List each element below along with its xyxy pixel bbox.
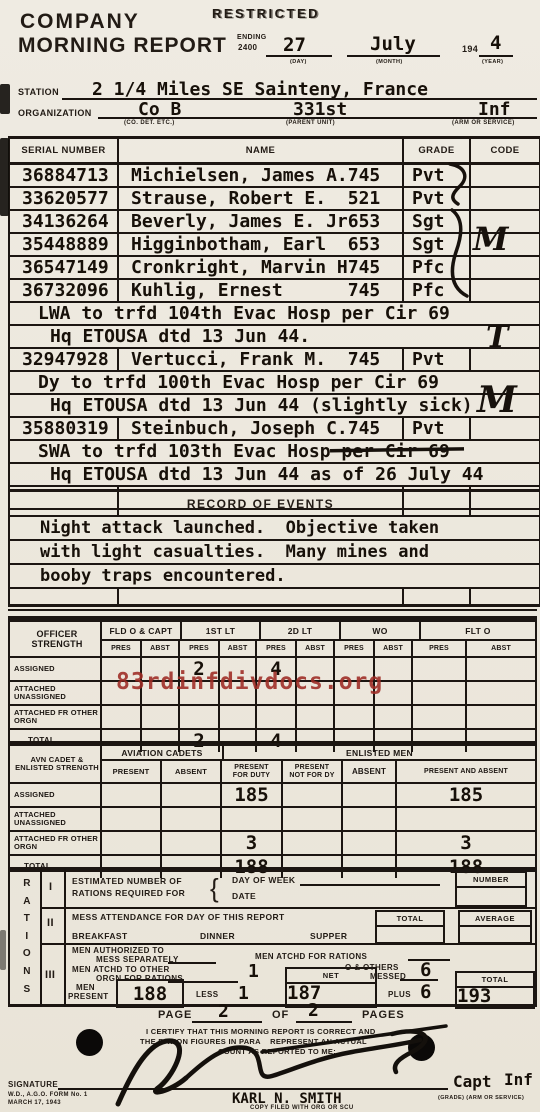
- sub-col: PRESENT FOR DUTY: [220, 761, 281, 782]
- pages-label: PAGES: [362, 1009, 405, 1021]
- men-present-value: 188: [133, 983, 167, 1005]
- day-of-week-label: DAY OF WEEK: [232, 875, 295, 885]
- grade: Pfc: [404, 280, 445, 301]
- soldier-name: Strause, Robert E. 521: [119, 188, 380, 209]
- sub-col: PRESENT: [100, 761, 160, 782]
- soldier-name: Michielsen, James A.745: [119, 165, 380, 186]
- dinner-label: DINNER: [200, 931, 235, 941]
- average-box-label: AVERAGE: [460, 912, 530, 927]
- rations-numeral-2: II: [47, 917, 54, 929]
- copy-note: COPY FILED WITH ORG OR SCU: [250, 1105, 354, 1111]
- roster-note-row: Hq ETOUSA dtd 13 Jun 44 (slightly sick): [10, 395, 539, 418]
- sub-col: ABSENT: [341, 761, 395, 782]
- col-group: 2D LT: [259, 622, 339, 639]
- sub-col: ABSENT: [160, 761, 220, 782]
- others-messed-value: 6: [420, 959, 431, 981]
- men-atchd-rations-label: MEN ATCHD FOR RATIONS: [255, 952, 367, 961]
- col-group: FLT O: [419, 622, 535, 639]
- day-sub-label: (DAY): [290, 59, 307, 65]
- punch-hole-left: [76, 1029, 103, 1056]
- event-line: booby traps encountered.: [10, 565, 539, 589]
- rations-estimated-label: RATIONS REQUIRED FOR: [72, 888, 185, 898]
- page-label: PAGE: [158, 1009, 192, 1021]
- roster-note-row: Hq ETOUSA dtd 13 Jun 44 as of 26 July 44: [10, 464, 539, 487]
- serial-number: 32947928: [10, 349, 109, 370]
- soldier-name: Vertucci, Frank M. 745: [119, 349, 380, 370]
- plus-label: PLUS: [388, 990, 411, 999]
- grade: Pvt: [404, 349, 445, 370]
- roster-row: 33620577 Strause, Robert E. 521 Pvt: [10, 188, 539, 211]
- soldier-name: Kuhlig, Ernest 745: [119, 280, 380, 301]
- grade: Sgt: [404, 234, 445, 255]
- roster-note-row: Hq ETOUSA dtd 13 Jun 44.: [10, 326, 539, 349]
- report-year-value: 4: [490, 32, 501, 54]
- roster-row: 35880319 Steinbuch, Joseph C.745 Pvt: [10, 418, 539, 441]
- event-line: with light casualties. Many mines and: [10, 541, 539, 565]
- organization-underline: [98, 117, 537, 119]
- enlisted-row-attached-other: ATTACHED FR OTHER ORGN 3 3: [10, 830, 535, 854]
- form-number: W.D., A.G.O. FORM No. 1: [8, 1092, 88, 1098]
- year-sub-label: (YEAR): [482, 59, 503, 65]
- grade: Pvt: [404, 188, 445, 209]
- roster-table: SERIAL NUMBER NAME GRADE CODE 36884713 M…: [8, 136, 540, 510]
- breakfast-label: BREAKFAST: [72, 931, 128, 941]
- certify-text: COUNT AS REPORTED TO ME:: [218, 1047, 336, 1056]
- record-of-events-section: RECORD OF EVENTS Night attack launched. …: [8, 489, 540, 607]
- enlisted-strength-table: AVN CADET & ENLISTED STRENGTH AVIATION C…: [8, 743, 537, 869]
- arm-value: Inf: [504, 1070, 533, 1089]
- morning-report-document: RESTRICTED COMPANY MORNING REPORT ENDING…: [0, 0, 540, 1112]
- enlisted-strength-header: AVN CADET & ENLISTED STRENGTH: [10, 746, 100, 782]
- rations-numeral-3: III: [45, 969, 55, 981]
- serial-number: 36732096: [10, 280, 109, 301]
- roster-note-row: Dy to trfd 100th Evac Hosp per Cir 69: [10, 372, 539, 395]
- grade: Sgt: [404, 211, 445, 232]
- total-box-row2: TOTAL: [375, 910, 445, 944]
- men-authorized-label: MESS SEPARATELY: [96, 955, 179, 964]
- row-label: ATTACHED FR OTHER ORGN: [10, 832, 100, 854]
- officer-row-attached-other: ATTACHED FR OTHER ORGN: [10, 704, 535, 728]
- roster-header-name: NAME: [119, 145, 402, 156]
- less-value: 1: [238, 983, 249, 1004]
- rations-estimated-label: ESTIMATED NUMBER OF: [72, 876, 182, 886]
- casualty-note: Hq ETOUSA dtd 13 Jun 44 (slightly sick): [10, 395, 473, 416]
- record-of-events-heading: RECORD OF EVENTS: [187, 497, 334, 511]
- rations-section: R A T I O N S I II III ESTIMATED NUMBER …: [0, 869, 540, 1007]
- day-underline: [266, 55, 332, 57]
- row-label: ATTACHED UNASSIGNED: [10, 808, 100, 830]
- event-text: Night attack launched. Objective taken: [10, 518, 439, 538]
- ending-time: 2400: [238, 43, 257, 52]
- scan-artifact: [0, 84, 10, 114]
- roster-row: 34136264 Beverly, James E. Jr653 Sgt: [10, 211, 539, 234]
- page-underline: [192, 1021, 262, 1023]
- date-label: DATE: [232, 891, 256, 901]
- enlisted-row-assigned: ASSIGNED 185 185: [10, 784, 535, 806]
- month-sub-label: (MONTH): [376, 59, 403, 65]
- col-group: 1ST LT: [180, 622, 259, 639]
- grade-sub-label: (GRADE) (ARM OR SERVICE): [438, 1095, 524, 1101]
- row-label: ASSIGNED: [10, 658, 100, 680]
- roster-row: 35448889 Higginbotham, Earl 653 Sgt: [10, 234, 539, 257]
- grade: Pvt: [404, 418, 445, 439]
- ending-label: ENDING: [237, 34, 267, 41]
- scan-artifact: [0, 930, 6, 970]
- others-messed-label: O & OTHERS: [345, 963, 399, 972]
- brace-glyph: {: [210, 873, 219, 904]
- signature-line: [58, 1088, 448, 1090]
- pages-underline: [296, 1021, 352, 1023]
- officer-strength-header: OFFICER STRENGTH: [10, 622, 100, 656]
- average-box: AVERAGE: [458, 910, 532, 944]
- serial-number: 33620577: [10, 188, 109, 209]
- roster-header-code: CODE: [471, 145, 539, 156]
- total-box-label: TOTAL: [377, 912, 443, 927]
- certify-text: THE RATION FIGURES IN PARA REPRESENT AN …: [140, 1037, 367, 1046]
- enlisted-row-attached-unassigned: ATTACHED UNASSIGNED: [10, 806, 535, 830]
- men-present-label: MEN: [76, 983, 95, 992]
- roster-header-row: SERIAL NUMBER NAME GRADE CODE: [10, 139, 539, 165]
- pages-value: 2: [308, 1000, 319, 1021]
- station-label: STATION: [18, 87, 59, 97]
- plus-value: 6: [420, 981, 431, 1003]
- certify-text: I CERTIFY THAT THIS MORNING REPORT IS CO…: [146, 1027, 376, 1036]
- organization-label: ORGANIZATION: [18, 108, 92, 118]
- casualty-note: Hq ETOUSA dtd 13 Jun 44.: [10, 326, 310, 347]
- net-box: NET 187: [285, 967, 377, 1008]
- scan-artifact: [0, 138, 9, 216]
- group-enlisted-men: ENLISTED MEN: [222, 746, 535, 759]
- col-group: FLD O & CAPT: [100, 622, 180, 639]
- casualty-note: Hq ETOUSA dtd 13 Jun 44 as of 26 July 44: [10, 464, 483, 485]
- organization-parent-sub: (PARENT UNIT): [286, 120, 335, 126]
- organization-arm-sub: (ARM OR SERVICE): [452, 120, 515, 126]
- row-label: ATTACHED FR OTHER ORGN: [10, 706, 100, 728]
- roster-row: 36884713 Michielsen, James A.745 Pvt: [10, 165, 539, 188]
- roster-row: 36547149 Cronkright, Marvin H745 Pfc: [10, 257, 539, 280]
- year-prefix: 194: [462, 44, 478, 54]
- record-of-events-header: RECORD OF EVENTS: [10, 492, 539, 517]
- soldier-name: Beverly, James E. Jr653: [119, 211, 380, 232]
- month-underline: [347, 55, 440, 57]
- atchd-other-value: 1: [248, 961, 259, 982]
- casualty-note: LWA to trfd 104th Evac Hosp per Cir 69: [10, 303, 450, 324]
- page-value: 2: [218, 1001, 229, 1022]
- form-title-line1: COMPANY: [20, 10, 140, 34]
- atchd-other-label: MEN ATCHD TO OTHER: [72, 965, 170, 974]
- sub-col: PRES: [333, 641, 373, 656]
- sub-col: ABST: [373, 641, 411, 656]
- grade: Pvt: [404, 165, 445, 186]
- men-present-box: 188: [116, 979, 184, 1008]
- casualty-note: Dy to trfd 100th Evac Hosp per Cir 69: [10, 372, 439, 393]
- total-box-value: 193: [457, 988, 491, 1003]
- sub-col: ABST: [140, 641, 178, 656]
- of-label: OF: [272, 1009, 289, 1021]
- year-underline: [479, 55, 513, 57]
- report-day-value: 27: [283, 34, 306, 56]
- serial-number: 36547149: [10, 257, 109, 278]
- organization-unit-sub: (CO. DET. ETC.): [124, 120, 175, 126]
- roster-note-row: LWA to trfd 104th Evac Hosp per Cir 69: [10, 303, 539, 326]
- total-box-row3: TOTAL 193: [455, 971, 535, 1009]
- section-divider: [8, 609, 537, 619]
- mess-attendance-label: MESS ATTENDANCE FOR DAY OF THIS REPORT: [72, 912, 285, 922]
- grade: Pfc: [404, 257, 445, 278]
- form-date: MARCH 17, 1943: [8, 1100, 61, 1106]
- soldier-name: Higginbotham, Earl 653: [119, 234, 380, 255]
- group-aviation-cadets: AVIATION CADETS: [100, 746, 222, 759]
- men-authorized-label: MEN AUTHORIZED TO: [72, 946, 164, 955]
- event-empty-row: [10, 589, 539, 607]
- serial-number: 35448889: [10, 234, 109, 255]
- restricted-stamp: RESTRICTED: [212, 6, 320, 21]
- less-label: LESS: [196, 990, 219, 999]
- report-month-value: July: [370, 33, 416, 55]
- row-label: ATTACHED UNASSIGNED: [10, 682, 100, 704]
- soldier-name: Steinbuch, Joseph C.745: [119, 418, 380, 439]
- roster-header-serial: SERIAL NUMBER: [10, 145, 117, 156]
- serial-number: 36884713: [10, 165, 109, 186]
- casualty-note: SWA to trfd 103th Evac Hosp per Cir 69: [10, 441, 450, 462]
- punch-hole-right: [408, 1034, 435, 1061]
- station-value: 2 1/4 Miles SE Sainteny, France: [92, 79, 428, 100]
- watermark: 83rdinfdivdocs.org: [116, 669, 383, 695]
- sub-col: ABST: [465, 641, 535, 656]
- number-box-label: NUMBER: [457, 873, 525, 888]
- col-group: WO: [339, 622, 419, 639]
- rations-numeral-1: I: [49, 881, 52, 893]
- sub-col: PRESENT NOT FOR DY: [281, 761, 341, 782]
- signature-label: SIGNATURE: [8, 1080, 58, 1089]
- men-present-label: PRESENT: [68, 992, 109, 1001]
- sub-col: PRES: [178, 641, 218, 656]
- form-title-line2: MORNING REPORT: [18, 34, 227, 58]
- number-box: NUMBER: [455, 871, 527, 907]
- sub-col: ABST: [295, 641, 333, 656]
- event-text: booby traps encountered.: [10, 566, 286, 586]
- serial-number: 35880319: [10, 418, 109, 439]
- sub-col: ABST: [218, 641, 255, 656]
- soldier-name: Cronkright, Marvin H745: [119, 257, 380, 278]
- roster-header-grade: GRADE: [404, 145, 469, 156]
- sub-col: PRES: [100, 641, 140, 656]
- sub-col: PRES: [411, 641, 465, 656]
- serial-number: 34136264: [10, 211, 109, 232]
- roster-row: 32947928 Vertucci, Frank M. 745 Pvt: [10, 349, 539, 372]
- rations-vertical-label: R A T I O N S: [20, 875, 34, 998]
- sub-col: PRES: [255, 641, 295, 656]
- roster-note-row: SWA to trfd 103th Evac Hosp per Cir 69: [10, 441, 539, 464]
- grade-value: Capt: [453, 1072, 492, 1091]
- sub-col: PRESENT AND ABSENT: [395, 761, 535, 782]
- event-text: with light casualties. Many mines and: [10, 542, 429, 562]
- supper-label: SUPPER: [310, 931, 347, 941]
- row-label: ASSIGNED: [10, 784, 100, 806]
- roster-row: 36732096 Kuhlig, Ernest 745 Pfc: [10, 280, 539, 303]
- event-line: Night attack launched. Objective taken: [10, 517, 539, 541]
